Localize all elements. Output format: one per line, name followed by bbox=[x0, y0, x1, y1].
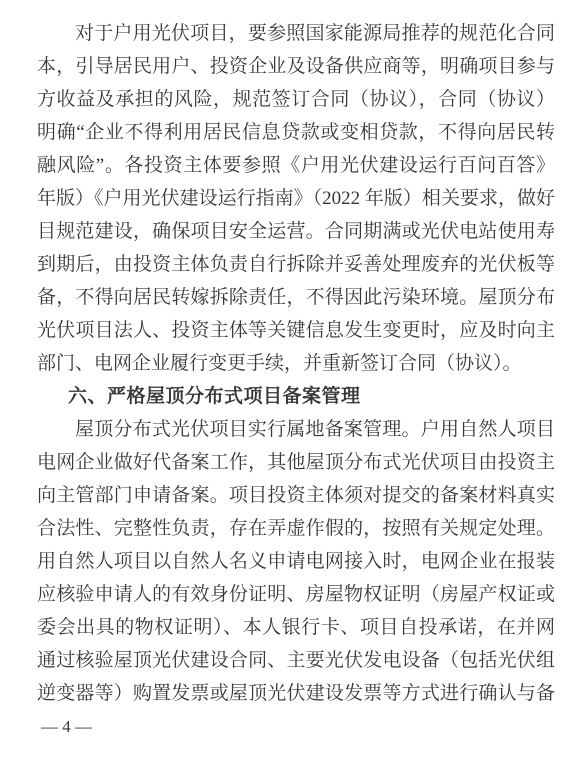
document-page: 对于户用光伏项目，要参照国家能源局推荐的规范化合同范本，引导居民用户、投资企业及… bbox=[0, 0, 562, 758]
text-block: 对于户用光伏项目，要参照国家能源局推荐的规范化合同范本，引导居民用户、投资企业及… bbox=[37, 17, 555, 710]
text-line: 融风险”。各投资主体要参照《户用光伏建设运行百问百答》（2022 bbox=[37, 149, 555, 182]
text-line: 本，引导居民用户、投资企业及设备供应商等，明确项目参与各 bbox=[37, 50, 555, 83]
text-line: 对于户用光伏项目，要参照国家能源局推荐的规范化合同范 bbox=[37, 17, 555, 50]
text-line: 年版）《户用光伏建设运行指南》（2022 年版）相关要求，做好项 bbox=[37, 182, 555, 215]
text-line: 备，不得向居民转嫁拆除责任，不得因此污染环境。屋顶分布式 bbox=[37, 281, 555, 314]
text-line: 电网企业做好代备案工作，其他屋顶分布式光伏项目由投资主体 bbox=[37, 446, 555, 479]
section-heading: 六、严格屋顶分布式项目备案管理 bbox=[37, 380, 555, 413]
text-line: 到期后，由投资主体负责自行拆除并妥善处理废弃的光伏板等设 bbox=[37, 248, 555, 281]
text-line: 明确“企业不得利用居民信息贷款或变相贷款，不得向居民转嫁金 bbox=[37, 116, 555, 149]
text-line: 委会出具的物权证明）、本人银行卡、项目自投承诺，在并网前应 bbox=[37, 611, 555, 644]
text-line: 目规范建设，确保项目安全运营。合同期满或光伏电站使用寿命 bbox=[37, 215, 555, 248]
text-line: 屋顶分布式光伏项目实行属地备案管理。户用自然人项目由 bbox=[37, 413, 555, 446]
text-line: 用自然人项目以自然人名义申请电网接入时，电网企业在报装前 bbox=[37, 545, 555, 578]
text-line: 光伏项目法人、投资主体等关键信息发生变更时，应及时向主管 bbox=[37, 314, 555, 347]
text-line: 部门、电网企业履行变更手续，并重新签订合同（协议）。 bbox=[37, 347, 555, 380]
text-line: 逆变器等）购置发票或屋顶光伏建设发票等方式进行确认与备案 bbox=[37, 677, 555, 710]
text-line: 向主管部门申请备案。项目投资主体须对提交的备案材料真实性、 bbox=[37, 479, 555, 512]
text-line: 通过核验屋顶光伏建设合同、主要光伏发电设备（包括光伏组件、 bbox=[37, 644, 555, 677]
text-line: 合法性、完整性负责，存在弄虚作假的，按照有关规定处理。户 bbox=[37, 512, 555, 545]
text-line: 方收益及承担的风险，规范签订合同（协议），合同（协议）必须 bbox=[37, 83, 555, 116]
page-number: — 4 — bbox=[41, 710, 92, 743]
text-line: 应核验申请人的有效身份证明、房屋物权证明（房屋产权证或村 bbox=[37, 578, 555, 611]
